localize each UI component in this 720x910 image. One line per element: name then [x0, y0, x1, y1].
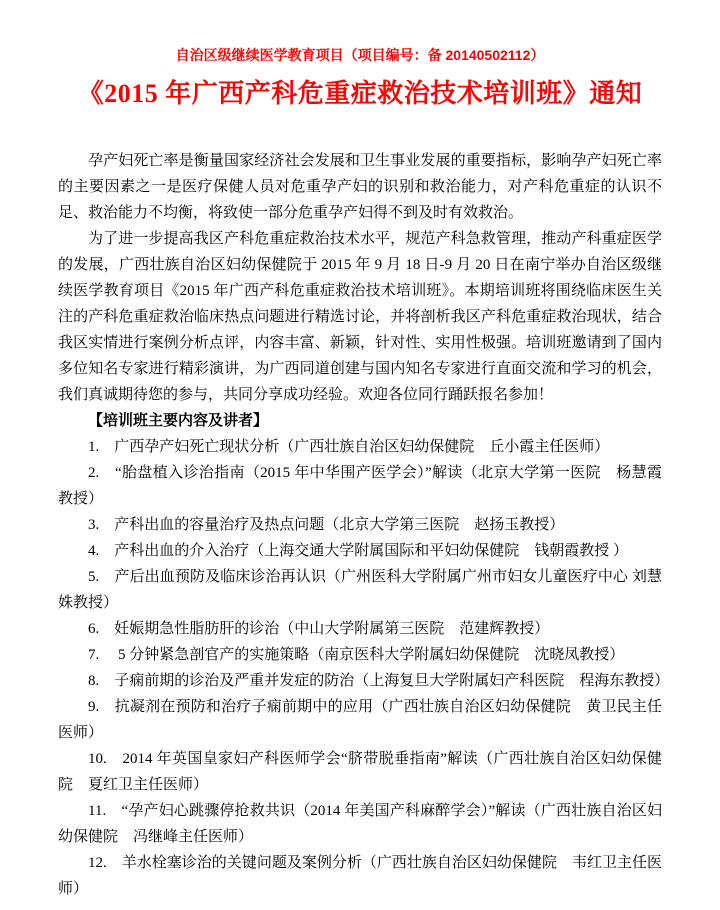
document-page: 自治区级继续医学教育项目（项目编号：备 20140502112） 《2015 年…	[0, 0, 720, 910]
section-title-content-and-speakers: 【培训班主要内容及讲者】	[58, 408, 662, 434]
overview-paragraph: 为了进一步提高我区产科危重症救治技术水平，规范产科急救管理，推动产科重症医学的发…	[58, 226, 662, 408]
document-title: 《2015 年广西产科危重症救治技术培训班》通知	[58, 78, 662, 110]
list-item: 9. 抗凝剂在预防和治疗子痫前期中的应用（广西壮族自治区妇幼保健院 黄卫民主任医…	[58, 694, 662, 746]
intro-paragraph: 孕产妇死亡率是衡量国家经济社会发展和卫生事业发展的重要指标，影响孕产妇死亡率的主…	[58, 148, 662, 226]
list-item: 6. 妊娠期急性脂肪肝的诊治（中山大学附属第三医院 范建辉教授）	[58, 616, 662, 642]
list-item: 5. 产后出血预防及临床诊治再认识（广州医科大学附属广州市妇女儿童医疗中心 刘慧…	[58, 564, 662, 616]
list-item: 2. “胎盘植入诊治指南（2015 年中华围产医学会）”解读（北京大学第一医院 …	[58, 460, 662, 512]
list-item: 1. 广西孕产妇死亡现状分析（广西壮族自治区妇幼保健院 丘小霞主任医师）	[58, 434, 662, 460]
project-header-line: 自治区级继续医学教育项目（项目编号：备 20140502112）	[58, 46, 662, 64]
list-item: 8. 子痫前期的诊治及严重并发症的防治（上海复旦大学附属妇产科医院 程海东教授）	[58, 668, 662, 694]
list-item: 12. 羊水栓塞诊治的关键问题及案例分析（广西壮族自治区妇幼保健院 韦红卫主任医…	[58, 850, 662, 902]
document-body: 孕产妇死亡率是衡量国家经济社会发展和卫生事业发展的重要指标，影响孕产妇死亡率的主…	[58, 148, 662, 902]
list-item: 10. 2014 年英国皇家妇产科医师学会“脐带脱垂指南”解读（广西壮族自治区妇…	[58, 746, 662, 798]
list-item: 7. 5 分钟紧急剖官产的实施策略（南京医科大学附属妇幼保健院 沈晓凤教授）	[58, 642, 662, 668]
list-item: 3. 产科出血的容量治疗及热点问题（北京大学第三医院 赵扬玉教授）	[58, 512, 662, 538]
list-item: 11. “孕产妇心跳骤停抢救共识（2014 年美国产科麻醉学会）”解读（广西壮族…	[58, 798, 662, 850]
list-item: 4. 产科出血的介入治疗（上海交通大学附属国际和平妇幼保健院 钱朝霞教授 ）	[58, 538, 662, 564]
